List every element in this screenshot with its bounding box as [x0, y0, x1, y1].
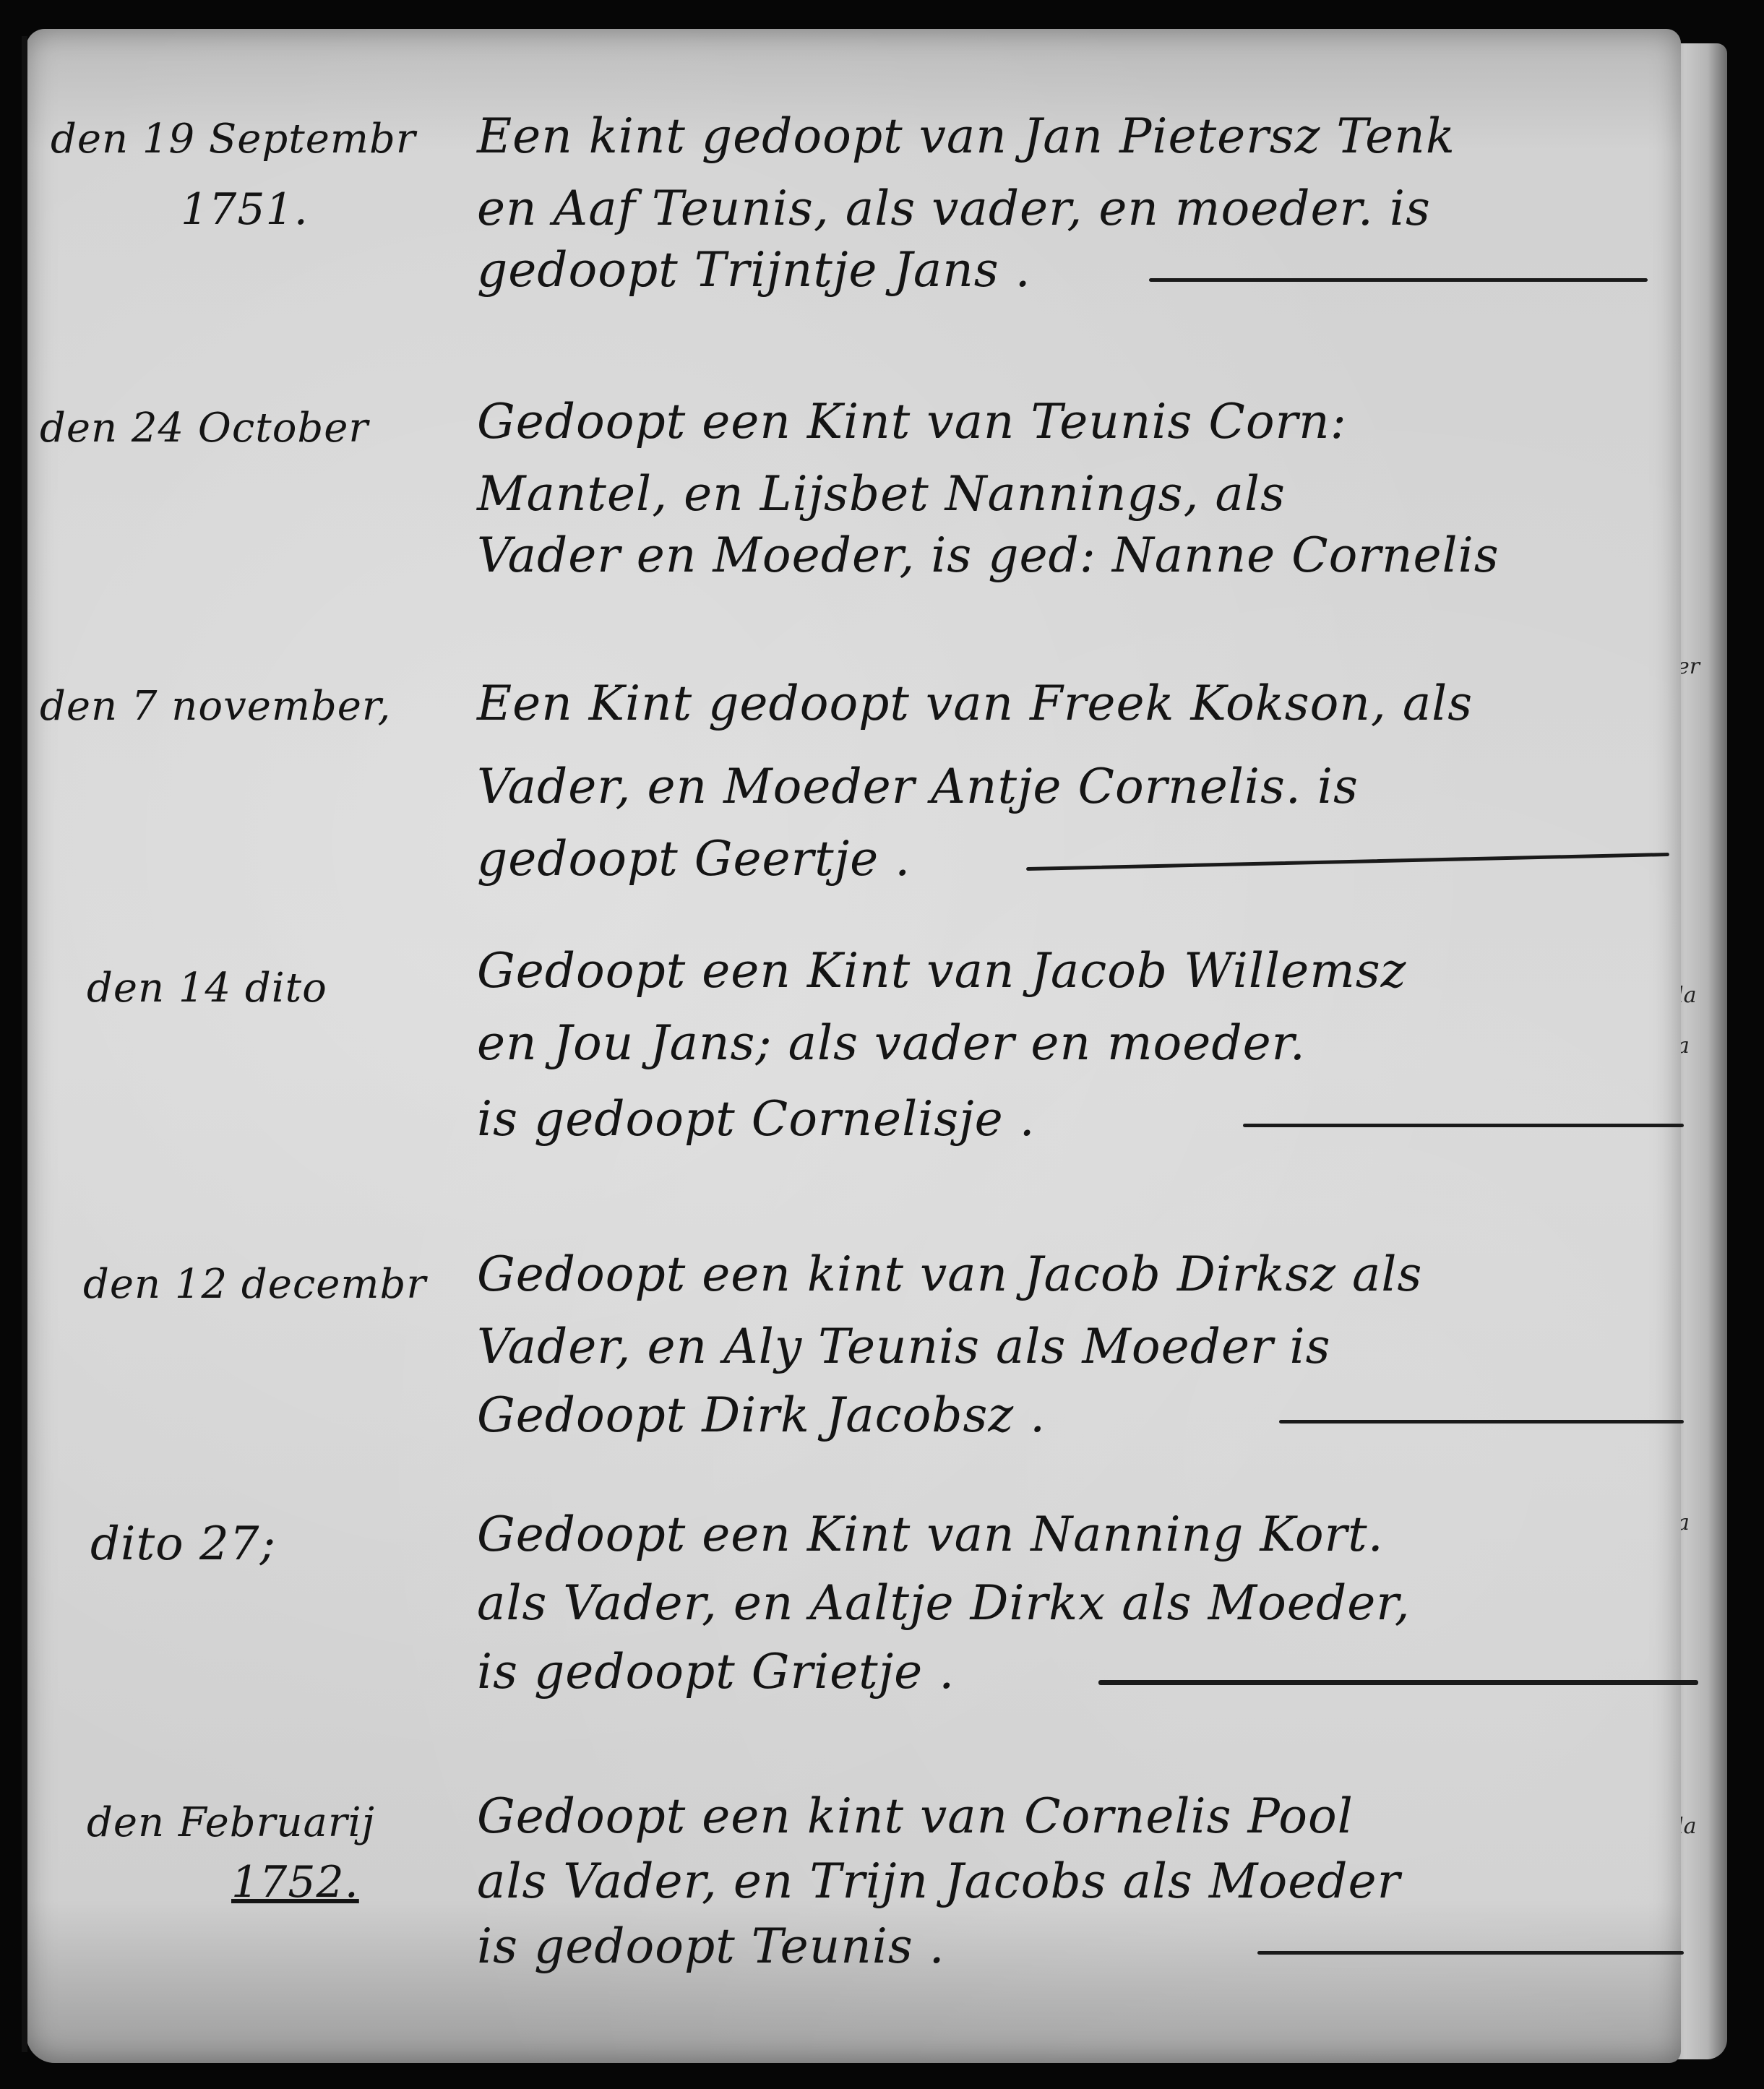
entry-date: den 14 dito — [87, 965, 327, 1012]
entry-line: gedoopt Geertje . — [477, 831, 911, 887]
entry-line: Gedoopt een Kint van Jacob Willemsz — [477, 943, 1406, 999]
entry-line: gedoopt Trijntje Jans . — [477, 242, 1031, 298]
entry-line: Een Kint gedoopt van Freek Kokson, als — [477, 676, 1473, 731]
entry-line: is gedoopt Cornelisje . — [477, 1091, 1036, 1147]
entry-year: 1752. — [231, 1857, 359, 1908]
entry-line: Gedoopt een Kint van Nanning Kort. — [477, 1507, 1384, 1562]
entry-end-rule — [1257, 1951, 1684, 1955]
entry-date: den 24 October — [40, 405, 369, 452]
entry-line: en Aaf Teunis, als vader, en moeder. is — [477, 181, 1431, 236]
entry-line: is gedoopt Teunis . — [477, 1918, 945, 1974]
entry-line: Gedoopt een Kint van Teunis Corn: — [477, 394, 1347, 449]
binding-edge — [22, 36, 27, 2052]
entry-date: dito 27; — [90, 1517, 276, 1571]
entry-line: Gedoopt een kint van Cornelis Pool — [477, 1788, 1354, 1844]
entry-date: den 7 november, — [40, 683, 391, 730]
entry-line: is gedoopt Grietje . — [477, 1644, 955, 1700]
entry-line: Vader en Moeder, is ged: Nanne Cornelis — [477, 527, 1500, 583]
entry-year: 1751. — [181, 184, 309, 235]
entry-line: Een kint gedoopt van Jan Pietersz Tenk — [477, 108, 1455, 164]
entry-end-rule — [1098, 1680, 1698, 1685]
entry-line: Vader, en Moeder Antje Cornelis. is — [477, 759, 1359, 814]
entry-line: Vader, en Aly Teunis als Moeder is — [477, 1319, 1331, 1374]
entry-line: als Vader, en Trijn Jacobs als Moeder — [477, 1853, 1401, 1909]
entry-line: Gedoopt Dirk Jacobsz . — [477, 1387, 1046, 1443]
entry-date: den 12 decembr — [83, 1261, 426, 1308]
entry-date: den 19 Septembr — [51, 116, 416, 163]
entry-end-rule — [1279, 1420, 1684, 1423]
entry-line: en Jou Jans; als vader en moeder. — [477, 1015, 1306, 1071]
entry-line: Mantel, en Lijsbet Nannings, als — [477, 466, 1286, 522]
entry-date: den Februarij — [87, 1799, 375, 1846]
entry-end-rule — [1149, 278, 1648, 282]
entry-end-rule — [1243, 1124, 1684, 1127]
entry-line: Gedoopt een kint van Jacob Dirksz als — [477, 1246, 1422, 1302]
entry-line: als Vader, en Aaltje Dirkx als Moeder, — [477, 1575, 1411, 1631]
